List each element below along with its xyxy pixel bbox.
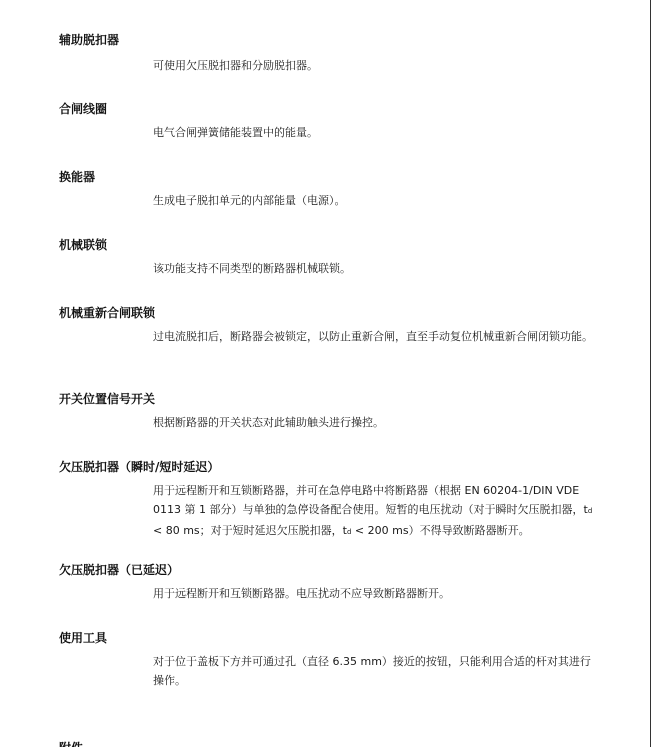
- entry-description: 用于远程断开和互锁断路器。电压扰动不应导致断路器断开。: [153, 584, 598, 603]
- entry-term: 换能器: [59, 169, 95, 185]
- entry-description: 过电流脱扣后，断路器会被锁定，以防止重新合闸，直至手动复位机械重新合闸闭锁功能。: [153, 327, 598, 346]
- entry-term: 机械联锁: [59, 237, 107, 253]
- entry-term: 合闸线圈: [59, 101, 107, 117]
- entry-term: 机械重新合闸联锁: [59, 305, 155, 321]
- entry-description: 可使用欠压脱扣器和分励脱扣器。: [153, 56, 598, 75]
- entry-term: 辅助脱扣器: [59, 32, 119, 48]
- entry-description: 根据断路器的开关状态对此辅助触头进行操控。: [153, 413, 598, 432]
- cutoff-next-term: 附件: [59, 740, 83, 747]
- entry-term: 开关位置信号开关: [59, 391, 155, 407]
- entry-description: 该功能支持不同类型的断路器机械联锁。: [153, 259, 598, 278]
- entry-description: 电气合闸弹簧储能装置中的能量。: [153, 123, 598, 142]
- document-page: 辅助脱扣器 可使用欠压脱扣器和分励脱扣器。 合闸线圈 电气合闸弹簧储能装置中的能…: [0, 0, 651, 747]
- entry-term: 欠压脱扣器（瞬时/短时延迟）: [59, 459, 219, 475]
- entry-description: 用于远程断开和互锁断路器，并可在急停电路中将断路器（根据 EN 60204-1/…: [153, 481, 598, 542]
- entry-term: 使用工具: [59, 630, 107, 646]
- entry-description: 生成电子脱扣单元的内部能量（电源）。: [153, 191, 598, 210]
- entry-term: 欠压脱扣器（已延迟）: [59, 562, 179, 578]
- entry-description: 对于位于盖板下方并可通过孔（直径 6.35 mm）接近的按钮，只能利用合适的杆对…: [153, 652, 598, 690]
